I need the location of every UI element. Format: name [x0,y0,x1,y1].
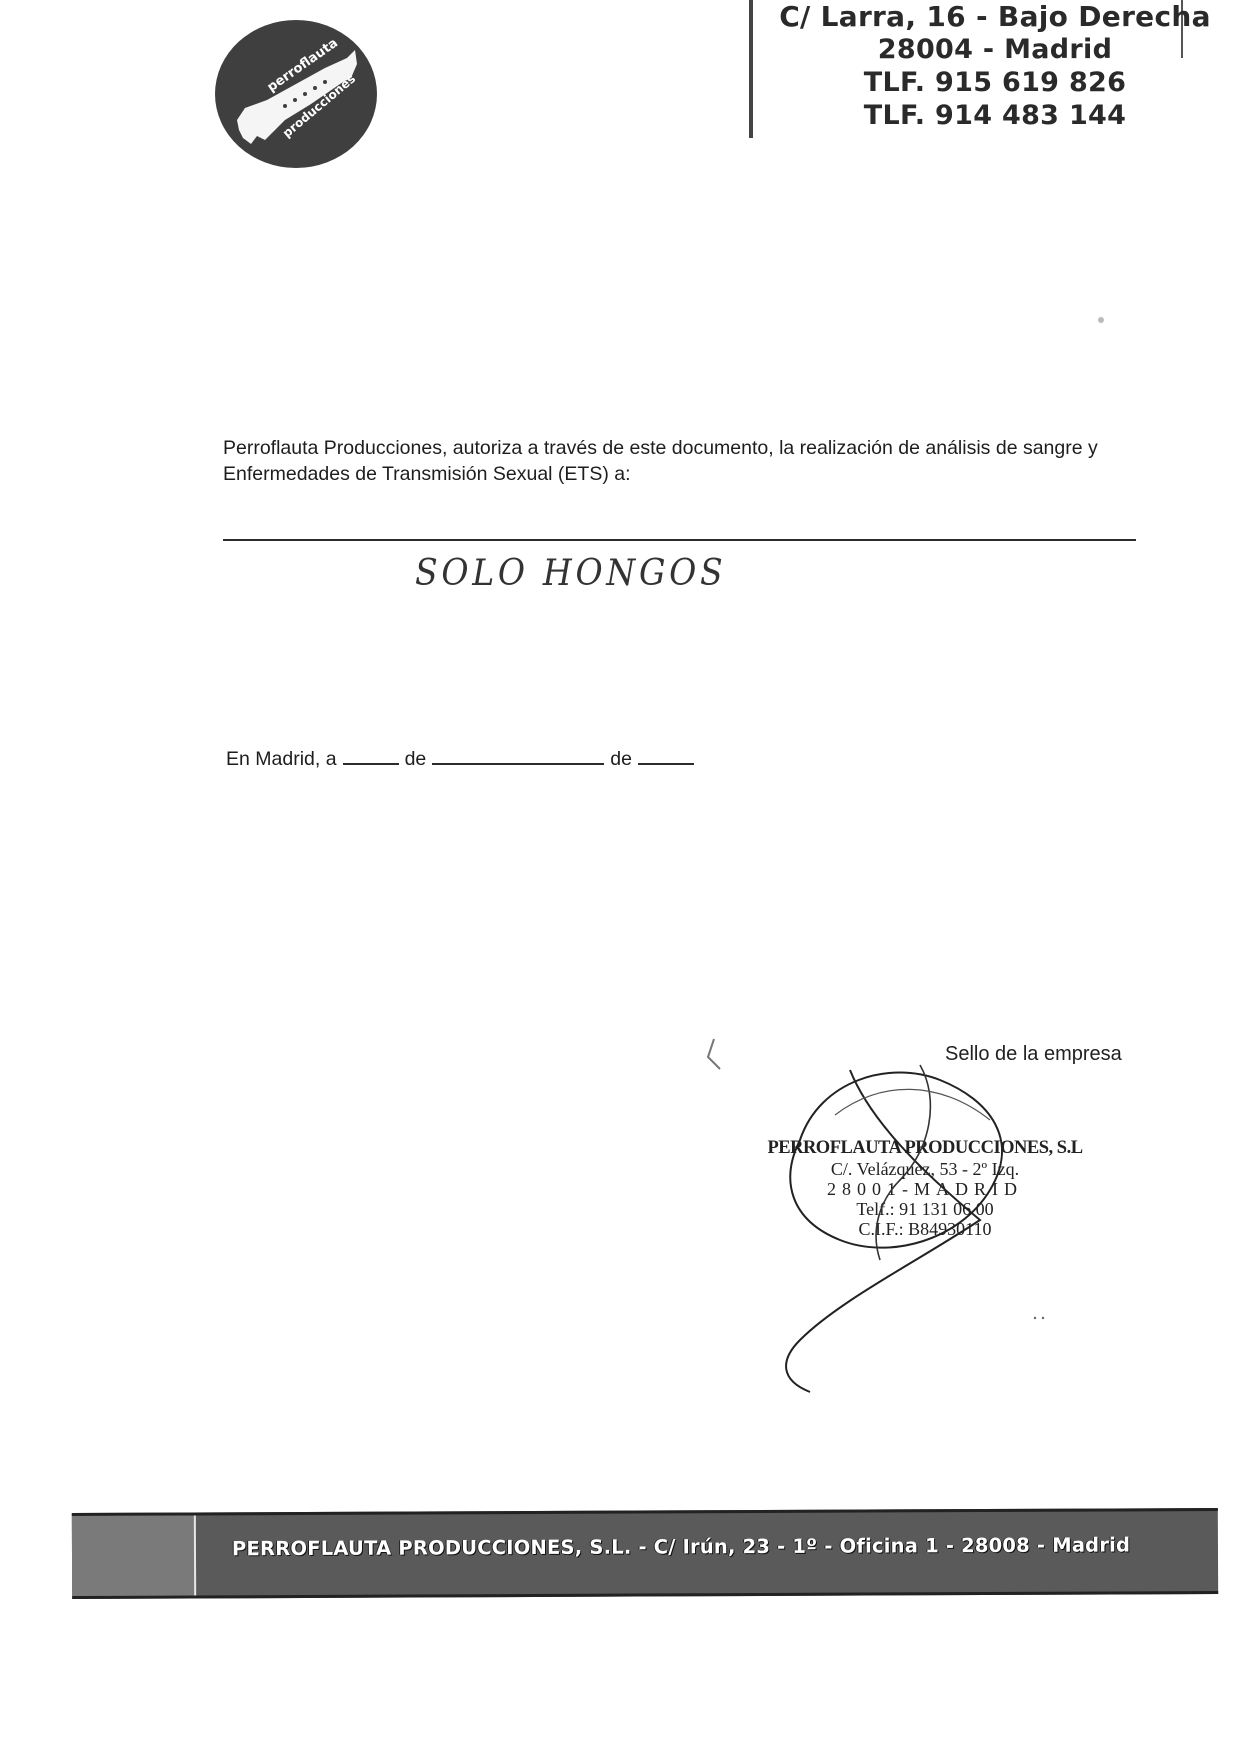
stamp-label: Sello de la empresa [945,1043,1122,1066]
company-logo: perroflauta producciones [215,20,377,168]
date-sep-2: de [610,748,632,771]
address-line-1: C/ Larra, 16 - Bajo Derecha [760,0,1230,33]
footer-address: PERROFLAUTA PRODUCCIONES, S.L. - C/ Irún… [232,1533,1130,1560]
recipient-handwritten: SOLO HONGOS [415,553,726,594]
address-line-2: 28004 - Madrid [760,33,1230,66]
stamp-address: C/. Velázquez, 53 - 2º Izq. [760,1159,1090,1179]
stamp-city: 28001-MADRID [760,1179,1090,1199]
dog-silhouette-icon: perroflauta producciones [215,20,377,168]
recipient-line [223,539,1136,541]
date-sep-1: de [405,748,427,771]
header-address: C/ Larra, 16 - Bajo Derecha 28004 - Madr… [760,0,1230,132]
stamp-company: PERROFLAUTA PRODUCCIONES, S.L [760,1138,1090,1159]
company-stamp: PERROFLAUTA PRODUCCIONES, S.L C/. Velázq… [760,1138,1090,1239]
day-field[interactable] [343,745,399,765]
phone-1: TLF. 915 619 826 [760,66,1230,99]
authorization-text: Perroflauta Producciones, autoriza a tra… [223,435,1143,487]
footer-left-block [72,1515,196,1596]
pen-mark [700,1035,730,1075]
stamp-cif: C.I.F.: B84930110 [760,1219,1090,1239]
phone-2: TLF. 914 483 144 [760,99,1230,132]
date-line: En Madrid, a de de [226,745,700,771]
footer-band: PERROFLAUTA PRODUCCIONES, S.L. - C/ Irún… [72,1508,1218,1599]
scan-speck [1098,317,1104,323]
year-field[interactable] [638,745,694,765]
month-field[interactable] [432,745,604,765]
header-divider [749,0,753,138]
stamp-phone: Telf.: 91 131 06 00 [760,1199,1090,1219]
date-prefix: En Madrid, a [226,748,337,771]
